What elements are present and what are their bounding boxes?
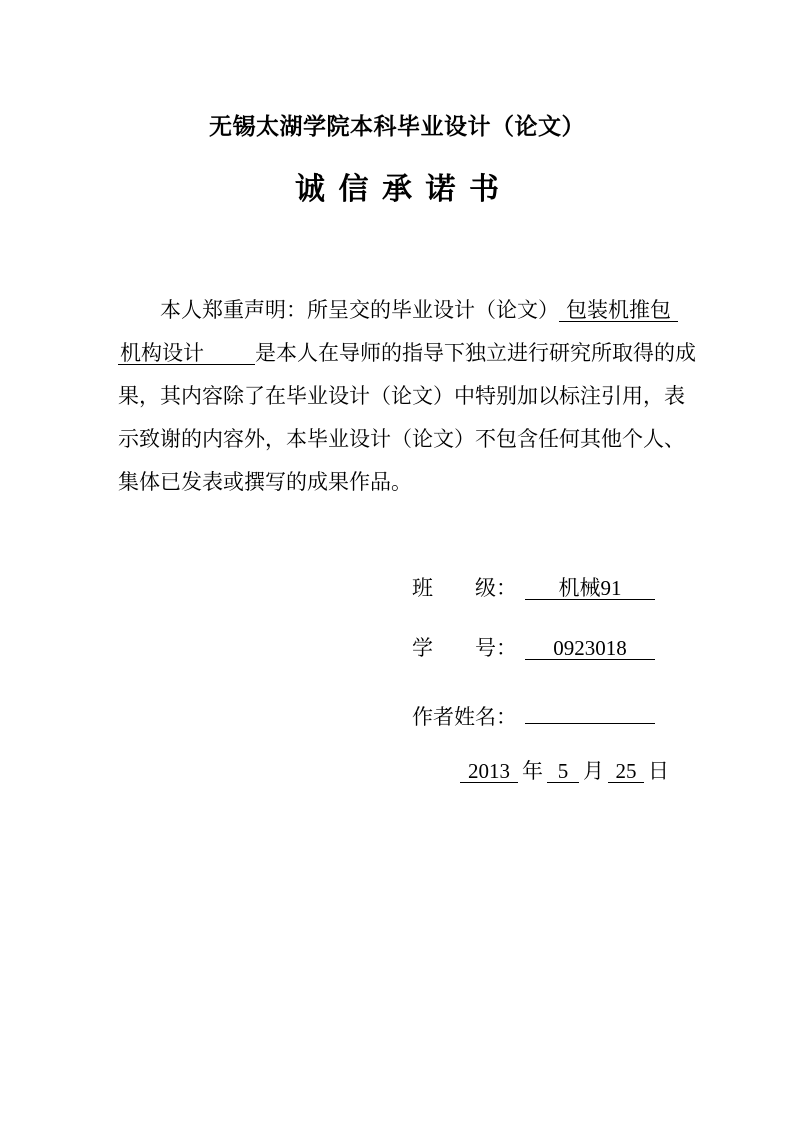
- declaration-line-1-text: 本人郑重声明：所呈交的毕业设计（论文）: [118, 289, 559, 332]
- student-id-field-label: 学 号：: [412, 636, 517, 660]
- declaration-line-1: 本人郑重声明：所呈交的毕业设计（论文） 包装机推包: [118, 289, 678, 332]
- pledge-document-page: 无锡太湖学院本科毕业设计（论文） 诚 信 承 诺 书 本人郑重声明：所呈交的毕业…: [0, 0, 794, 1123]
- declaration-line-4: 示致谢的内容外，本毕业设计（论文）不包含任何其他个人、: [118, 418, 678, 461]
- university-thesis-subtitle: 无锡太湖学院本科毕业设计（论文）: [0, 108, 794, 141]
- declaration-line-3: 果，其内容除了在毕业设计（论文）中特别加以标注引用，表: [118, 375, 678, 418]
- declaration-line-5: 集体已发表或撰写的成果作品。: [118, 461, 678, 504]
- author-name-field-row: 作者姓名：: [412, 700, 655, 729]
- date-month-value[interactable]: 5: [547, 759, 579, 783]
- thesis-title-blank-part-1[interactable]: 包装机推包: [559, 298, 678, 322]
- declaration-line-2: 机构设计 是本人在导师的指导下独立进行研究所取得的成: [118, 332, 678, 375]
- date-field-row: 2013 年 5 月 25 日: [460, 759, 673, 783]
- author-name-field-value[interactable]: [525, 700, 655, 724]
- date-day-unit-label: 日: [644, 759, 673, 783]
- student-id-field-row: 学 号： 0923018: [412, 636, 655, 660]
- date-year-value[interactable]: 2013: [460, 759, 518, 783]
- class-field-value[interactable]: 机械91: [525, 576, 655, 600]
- page-title: 诚 信 承 诺 书: [0, 164, 794, 208]
- author-name-field-label: 作者姓名：: [412, 705, 517, 729]
- declaration-line-2-text: 是本人在导师的指导下独立进行研究所取得的成: [255, 332, 696, 375]
- date-month-unit-label: 月: [579, 759, 608, 783]
- class-field-label: 班 级：: [412, 576, 517, 600]
- class-field-row: 班 级： 机械91: [412, 576, 655, 600]
- date-year-unit-label: 年: [518, 759, 547, 783]
- declaration-paragraph: 本人郑重声明：所呈交的毕业设计（论文） 包装机推包 机构设计 是本人在导师的指导…: [118, 289, 678, 504]
- student-id-field-value[interactable]: 0923018: [525, 636, 655, 660]
- date-day-value[interactable]: 25: [608, 759, 644, 783]
- thesis-title-blank-part-2[interactable]: 机构设计: [118, 341, 255, 365]
